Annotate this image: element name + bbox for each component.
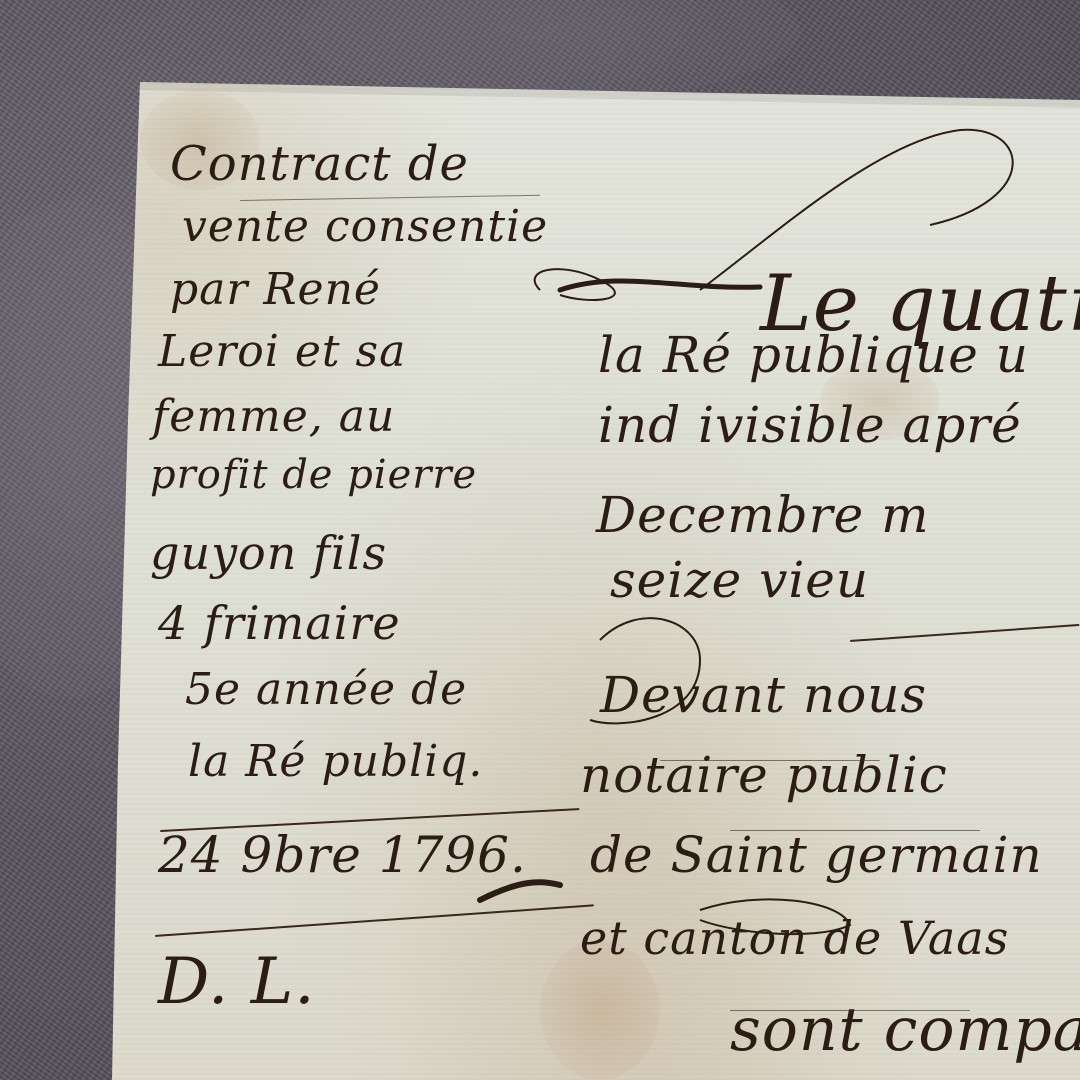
margin-line: la Ré publiq. [188, 740, 483, 784]
margin-line: par René [170, 268, 381, 312]
rule-line [660, 760, 880, 761]
main-line: de Saint germain [590, 830, 1043, 880]
margin-line: 5e année de [185, 668, 467, 712]
main-line: notaire public [580, 750, 948, 800]
main-line: la Ré publique u [598, 330, 1029, 380]
margin-initials: D. L. [158, 950, 316, 1014]
rule-line [730, 830, 980, 831]
main-line: et canton de Vaas [580, 915, 1009, 961]
main-line: sont compa [730, 1000, 1080, 1060]
main-line: seize vieu [610, 555, 869, 605]
main-line: Decembre m [596, 490, 930, 540]
margin-date: 24 9bre 1796. [158, 830, 527, 880]
margin-line: 4 frimaire [158, 600, 401, 646]
main-line: Devant nous [600, 670, 927, 720]
rule-line [730, 1010, 970, 1011]
fabric-fold [300, 0, 800, 100]
margin-line: Leroi et sa [158, 330, 406, 374]
margin-line: femme, au [152, 395, 395, 439]
margin-line: guyon fils [150, 530, 387, 576]
margin-line: profit de pierre [150, 455, 477, 495]
margin-line: vente consentie [182, 205, 548, 249]
margin-line: Contract de [170, 140, 469, 188]
main-line: ind ivisible apré [598, 400, 1022, 450]
